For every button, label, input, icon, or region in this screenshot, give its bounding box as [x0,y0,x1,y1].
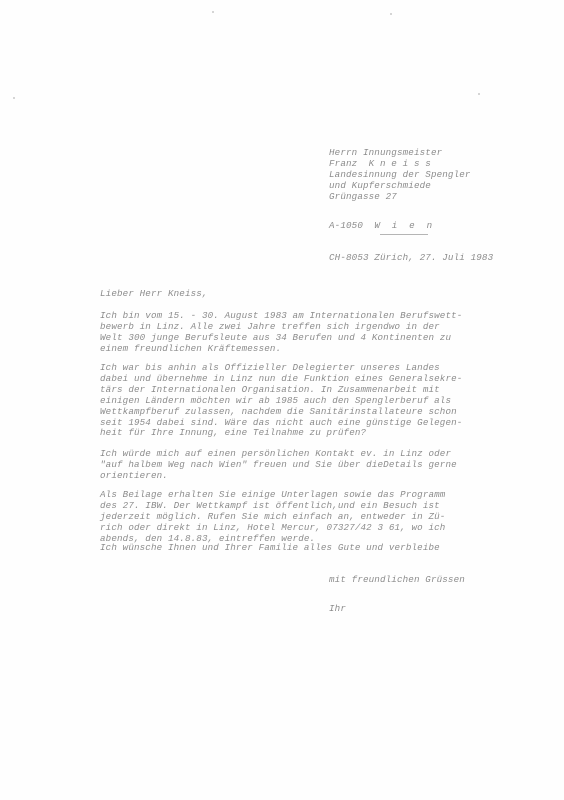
paragraph-5: Ich wünsche Ihnen und Ihrer Familie alle… [100,543,440,554]
recipient-line-5: Grüngasse 27 [329,191,397,202]
paragraph-3: Ich würde mich auf einen persönlichen Ko… [100,449,457,482]
signature: Ihr [329,604,346,615]
paper-speck [478,93,480,95]
place-and-date: CH-8053 Zürich, 27. Juli 1983 [329,253,493,264]
paragraph-1: Ich bin vom 15. - 30. August 1983 am Int… [100,311,462,355]
recipient-address: Herrn Innungsmeister Franz K n e i s s L… [329,148,471,203]
recipient-line-4: und Kupferschmiede [329,180,431,191]
letter-page: Herrn Innungsmeister Franz K n e i s s L… [0,0,564,800]
recipient-line-2: Franz K n e i s s [329,158,431,169]
recipient-line-1: Herrn Innungsmeister [329,147,442,158]
paper-speck [13,97,15,99]
salutation: Lieber Herr Kneiss, [100,289,208,300]
recipient-line-3: Landesinnung der Spengler [329,169,471,180]
paper-speck [390,13,392,15]
closing-phrase: mit freundlichen Grüssen [329,575,465,586]
postal-code: A-1050 [329,220,374,231]
paper-speck [212,11,214,13]
city-underline [380,234,428,235]
paragraph-2: Ich war bis anhin als Offizieller Delegi… [100,363,462,439]
paragraph-4: Als Beilage erhalten Sie einige Unterlag… [100,490,445,545]
city-name: W i e n [374,220,435,231]
recipient-city: A-1050 W i e n [329,221,435,232]
